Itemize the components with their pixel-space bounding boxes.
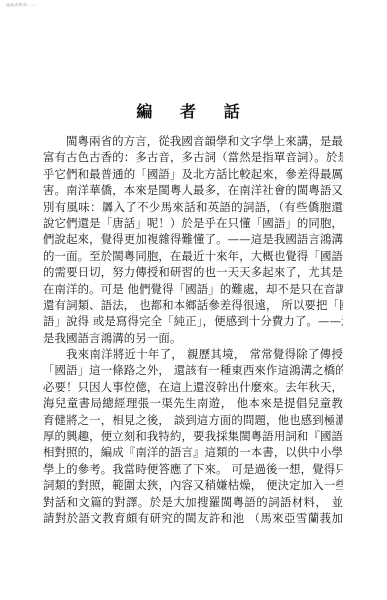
text-line: 在南洋的。可是 他們覺得「國語」的難處，却不是只在音調， — [43, 281, 343, 297]
text-line: 的需要日切，努力傳授和研習的也一天天多起來了，尤其是 — [43, 264, 343, 280]
text-line: 閩粵兩省的方言，從我國音韻學和文字學上來講，是最 — [43, 133, 343, 149]
text-line: 必要！只因人事倥傯，在這上還沒幹出什麼來。去年秋天，上 — [43, 379, 343, 395]
text-line: 的一面。至於閩粵同胞，在最近十來年，大概也覺得「國語」 — [43, 248, 343, 264]
text-line: 別有風味：羼入了不少馬來話和英語的詞語，（有些僑胞還 — [43, 199, 343, 215]
text-line: 富有古色古香的：多古音，多古詞（當然是指單音詞）。於是 — [43, 149, 343, 165]
text-line: 害。南洋華僑，本來是閩粵人最多，在南洋社會的閩粵語又 — [43, 182, 343, 198]
text-line: 還有詞類、語法， 也都和本鄉話參差得很遠， 所以要把「國 — [43, 297, 343, 313]
paragraph-2: 我來南洋將近十年了， 親歷其境， 常常覺得除了傳授 「國語」這一條路之外， 還該… — [43, 346, 343, 526]
text-line: 我來南洋將近十年了， 親歷其境， 常常覺得除了傳授 — [43, 346, 343, 362]
page-title: 編 者 話 — [0, 99, 387, 122]
text-line: 請對於語文教育頗有研究的閩友許和池 （馬來亞雪蘭莪加 — [43, 510, 343, 526]
body-text: 閩粵兩省的方言，從我國音韻學和文字學上來講，是最 富有古色古香的：多古音，多古詞… — [43, 133, 343, 526]
text-line: 相對照的，編成『南洋的語言』這類的一本書，以供中小學教 — [43, 444, 343, 460]
text-line: 是我國語言鴻溝的另一面。 — [43, 330, 343, 346]
text-line: 海兒童書局總經理張一渠先生南遊， 他本來是提倡兒童教 — [43, 395, 343, 411]
text-line: 育健將之一，相見之後， 談到這方面的問題，他也感到極濃 — [43, 412, 343, 428]
paragraph-1: 閩粵兩省的方言，從我國音韻學和文字學上來講，是最 富有古色古香的：多古音，多古詞… — [43, 133, 343, 346]
text-line: 對話和文篇的對譯。於是大加搜羅閩粵語的詞語材料， 並 — [43, 494, 343, 510]
text-line: 語」說得 或是寫得完全「純正」，便感到十分費力了。——這 — [43, 313, 343, 329]
text-line: 說它們還是「唐話」呢！）於是乎在只懂「國語」的同胞，聽他 — [43, 215, 343, 231]
text-line: 「國語」這一條路之外， 還該有一種東西來作這鴻溝之橋的 — [43, 362, 343, 378]
text-line: 詞類的對照，範圍太狹，內容又稍嫌枯燥， 便決定加入一些 — [43, 477, 343, 493]
text-line: 學上的參考。我當時便答應了下來。 可是過後一想，覺得只 — [43, 461, 343, 477]
text-line: 們說起來，覺得更加複雜得難懂了。——這是我國語言鴻溝 — [43, 231, 343, 247]
text-line: 厚的興趣，便立刻和我特約，要我採集閩粵語用詞和『國語』 — [43, 428, 343, 444]
scan-watermark: 聞粵南雙語 ...... — [6, 1, 38, 9]
text-line: 乎它們和最普通的「國語」及北方話比較起來，參差得最厲 — [43, 166, 343, 182]
